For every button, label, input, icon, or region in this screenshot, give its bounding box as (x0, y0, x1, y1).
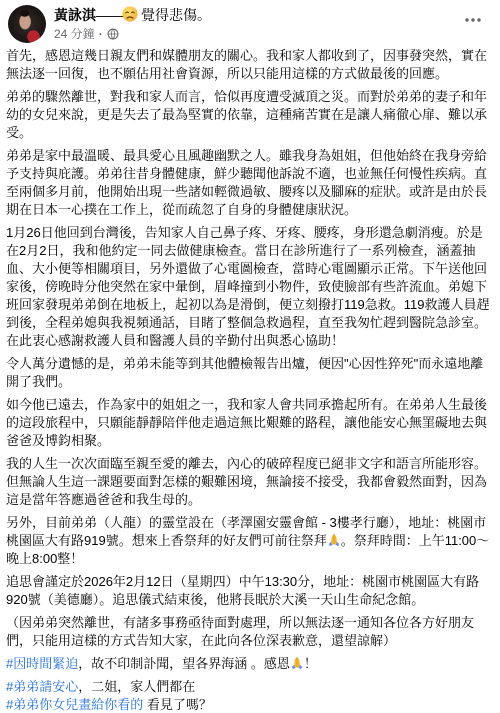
hashtag-link[interactable]: #弟弟請安心 (6, 679, 78, 694)
sad-face-emoji (122, 6, 138, 22)
text-segment: 首先，感恩這幾日親友們和媒體朋友的關心。我和家人都收到了，因事發突然，實在無法逐… (6, 48, 487, 81)
text-segment: 如今他已遠去，作為家中的姐姐之一，我和家人會共同承擔起所有。在弟弟人生最後的這段… (6, 397, 487, 448)
text-segment: 追思會謹定於2026年2月12日（星期四）中午13:30分，地址：桃園市桃園區大… (6, 574, 479, 607)
post-byline: 黃詠淇——覺得悲傷。 (54, 5, 488, 24)
folded-hands-emoji (290, 656, 304, 670)
text-segment: 令人萬分遺憾的是，弟弟未能等到其他體檢報告出爐，便因"心因性猝死"而永遠地離開了… (6, 356, 483, 389)
post-paragraph: 首先，感恩這幾日親友們和媒體朋友的關心。我和家人都收到了，因事發突然，實在無法逐… (6, 47, 494, 83)
post-paragraph: 令人萬分遺憾的是，弟弟未能等到其他體檢報告出爐，便因"心因性猝死"而永遠地離開了… (6, 355, 494, 391)
post-paragraph: #因時間緊迫，故不印制訃聞，望各界海涵 。感恩！ (6, 655, 494, 673)
header-meta: 黃詠淇——覺得悲傷。 24 分鐘 · (54, 5, 488, 41)
feeling-separator: —— (96, 7, 122, 23)
facebook-post: 黃詠淇——覺得悲傷。 24 分鐘 · 首先，感恩這幾日親友們和媒體朋友的關心。我… (0, 0, 500, 713)
folded-hands-emoji (327, 533, 341, 547)
post-timestamp[interactable]: 24 分鐘 (54, 27, 95, 41)
more-options-button[interactable] (460, 13, 486, 27)
post-content: 首先，感恩這幾日親友們和媒體朋友的關心。我和家人都收到了，因事發突然，實在無法逐… (0, 45, 500, 713)
meta-dot: · (99, 27, 103, 41)
post-paragraph: 我的人生一次次面臨至親至愛的離去，內心的破碎程度已絕非文字和語言所能形容。但無論… (6, 455, 494, 509)
text-segment: 我的人生一次次面臨至親至愛的離去，內心的破碎程度已絕非文字和語言所能形容。但無論… (6, 456, 487, 507)
post-paragraph: 另外，目前弟弟（人龍）的靈堂設在（孝澤園安靈會館 - 3樓孝行廳），地址：桃園市… (6, 514, 494, 568)
text-segment: 弟弟是家中最溫暖、最具愛心且風趣幽默之人。雖我身為姐姐，但他始終在我身旁給予支持… (6, 148, 487, 217)
globe-privacy-icon (107, 28, 119, 40)
post-paragraph: 弟弟是家中最溫暖、最具愛心且風趣幽默之人。雖我身為姐姐，但他始終在我身旁給予支持… (6, 147, 494, 219)
text-segment: 看見了嗎？ (143, 697, 212, 712)
post-meta-row: 24 分鐘 · (54, 27, 488, 41)
post-header: 黃詠淇——覺得悲傷。 24 分鐘 · (0, 0, 500, 45)
author-name[interactable]: 黃詠淇 (54, 7, 96, 23)
text-segment: 弟弟的驟然離世，對我和家人而言，恰似再度遭受滅頂之災。而對於弟弟的妻子和年幼的女… (6, 89, 487, 140)
hashtag-link[interactable]: #因時間緊迫 (6, 656, 78, 671)
post-paragraph: 追思會謹定於2026年2月12日（星期四）中午13:30分，地址：桃園市桃園區大… (6, 573, 494, 609)
post-paragraph: #弟弟請安心，二姐，家人們都在#弟弟你女兒畫給你看的 看見了嗎？ (6, 678, 494, 713)
text-segment: ，二姐，家人們都在 (78, 679, 195, 694)
text-segment: ，故不印制訃聞，望各界海涵 。感恩 (78, 656, 290, 671)
text-segment: 1月26日他回到台灣後，告知家人自己鼻子疼、牙疼、腰疼，身形還急劇消瘦。於是在2… (6, 225, 489, 348)
post-paragraph: 弟弟的驟然離世，對我和家人而言，恰似再度遭受滅頂之災。而對於弟弟的妻子和年幼的女… (6, 88, 494, 142)
text-segment: ！ (304, 656, 317, 671)
post-paragraph: （因弟弟突然離世，有諸多事務亟待面對處理，所以無法逐一通知各位各方好朋友們，只能… (6, 614, 494, 650)
post-paragraph: 1月26日他回到台灣後，告知家人自己鼻子疼、牙疼、腰疼，身形還急劇消瘦。於是在2… (6, 224, 494, 350)
feeling-status: 覺得悲傷。 (141, 7, 211, 23)
author-avatar[interactable] (8, 5, 46, 43)
post-paragraph: 如今他已遠去，作為家中的姐姐之一，我和家人會共同承擔起所有。在弟弟人生最後的這段… (6, 396, 494, 450)
hashtag-link[interactable]: #弟弟你女兒畫給你看的 (6, 697, 143, 712)
text-segment: （因弟弟突然離世，有諸多事務亟待面對處理，所以無法逐一通知各位各方好朋友們，只能… (6, 615, 474, 648)
